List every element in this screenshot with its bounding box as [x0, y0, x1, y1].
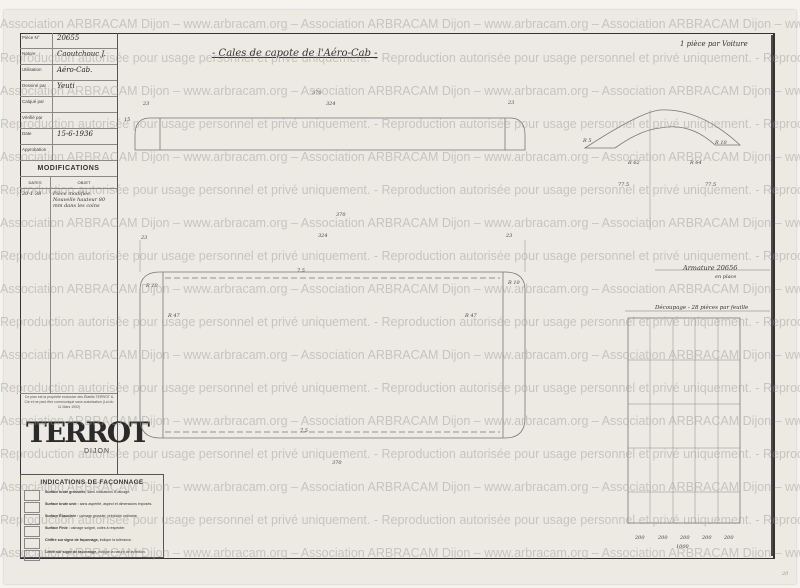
- dim-inner-top: 324: [326, 101, 336, 107]
- strip-dim: 200: [702, 535, 712, 541]
- dim-overall-top: 370: [312, 90, 322, 96]
- dim-height-main-bottom: 7.5: [300, 428, 308, 434]
- dim-height-top: 15: [124, 117, 130, 123]
- strip-dim: 200: [658, 535, 668, 541]
- strip-total: 1000: [676, 544, 689, 550]
- dim-profile-1: R 62: [628, 160, 640, 166]
- armature-note: Armature 20656: [683, 264, 737, 272]
- strip-dim: 200: [635, 535, 645, 541]
- dim-overall-main: 370: [336, 212, 346, 218]
- dim-profile-2: R 10: [715, 140, 727, 146]
- dim-right-main: 23: [506, 233, 512, 239]
- dim-profile-0: R 5: [583, 138, 592, 144]
- dim-mid-left: R 47: [168, 313, 180, 319]
- dim-left-top: 23: [143, 101, 149, 107]
- dim-radius-left: R 10: [146, 283, 158, 289]
- dim-mid-right: R 47: [465, 313, 477, 319]
- dim-right-top: 23: [508, 100, 514, 106]
- strip-dim: 200: [680, 535, 690, 541]
- dim-radius-right: R 10: [508, 280, 520, 286]
- dim-inner-main: 324: [318, 233, 328, 239]
- dim-height-main: 7.5: [297, 268, 305, 274]
- dim-left-main: 23: [141, 235, 147, 241]
- technical-drawing-lines: [0, 0, 800, 588]
- corner-mark: 20: [782, 571, 788, 577]
- armature-sub: en place: [715, 274, 736, 280]
- decoupage-note: Découpage - 28 pièces par feuille: [655, 305, 748, 311]
- dim-profile-5: 77.5: [705, 182, 716, 188]
- strip-dim: 200: [724, 535, 734, 541]
- dim-profile-4: 77.5: [618, 182, 629, 188]
- dim-bottom-main: 370: [332, 460, 342, 466]
- dim-profile-3: R 64: [690, 160, 702, 166]
